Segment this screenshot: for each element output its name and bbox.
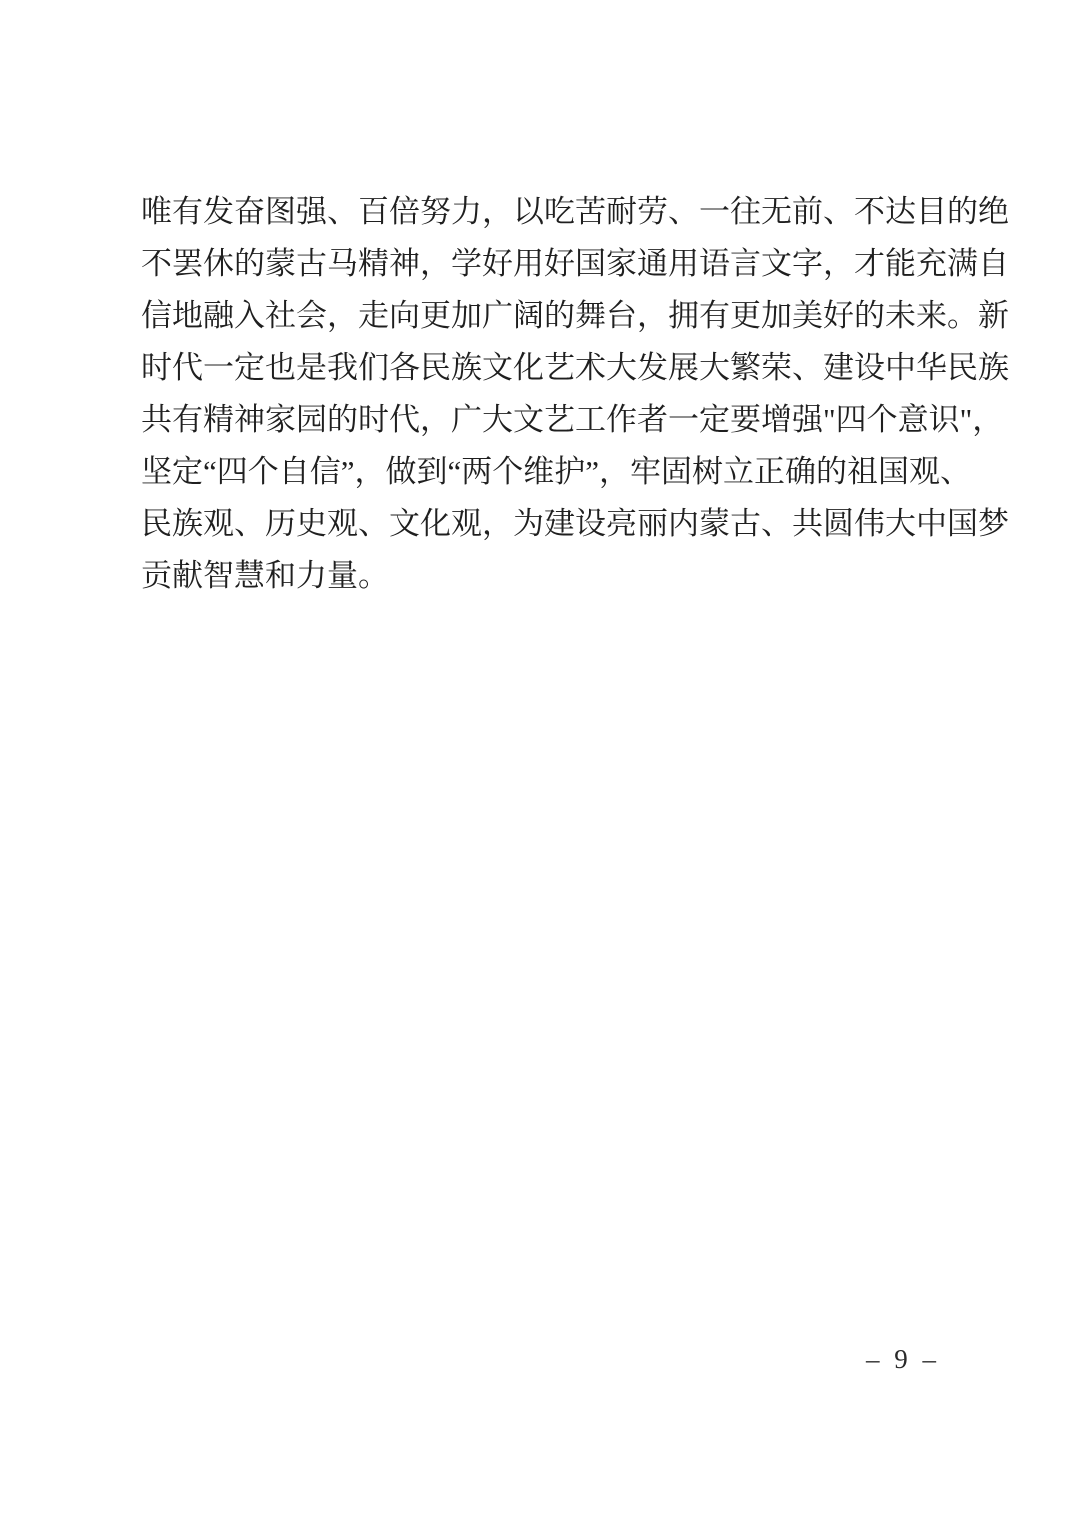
paragraph-line: 共有精神家园的时代，广大文艺工作者一定要增强"四个意识"， [141,394,939,446]
paragraph-line: 坚定“四个自信”，做到“两个维护”，牢固树立正确的祖国观、 [141,446,939,498]
paragraph-line: 贡献智慧和力量。 [141,550,939,602]
document-page: 唯有发奋图强、百倍努力，以吃苦耐劳、一往无前、不达目的绝不罢休的蒙古马精神，学好… [0,0,1080,1527]
body-paragraph: 唯有发奋图强、百倍努力，以吃苦耐劳、一往无前、不达目的绝不罢休的蒙古马精神，学好… [141,186,939,602]
paragraph-line: 不罢休的蒙古马精神，学好用好国家通用语言文字，才能充满自 [141,238,939,290]
paragraph-line: 信地融入社会，走向更加广阔的舞台，拥有更加美好的未来。新 [141,290,939,342]
paragraph-line: 时代一定也是我们各民族文化艺术大发展大繁荣、建设中华民族 [141,342,939,394]
paragraph-line: 唯有发奋图强、百倍努力，以吃苦耐劳、一往无前、不达目的绝 [141,186,939,238]
paragraph-line: 民族观、历史观、文化观，为建设亮丽内蒙古、共圆伟大中国梦 [141,498,939,550]
page-number: – 9 – [866,1344,940,1375]
